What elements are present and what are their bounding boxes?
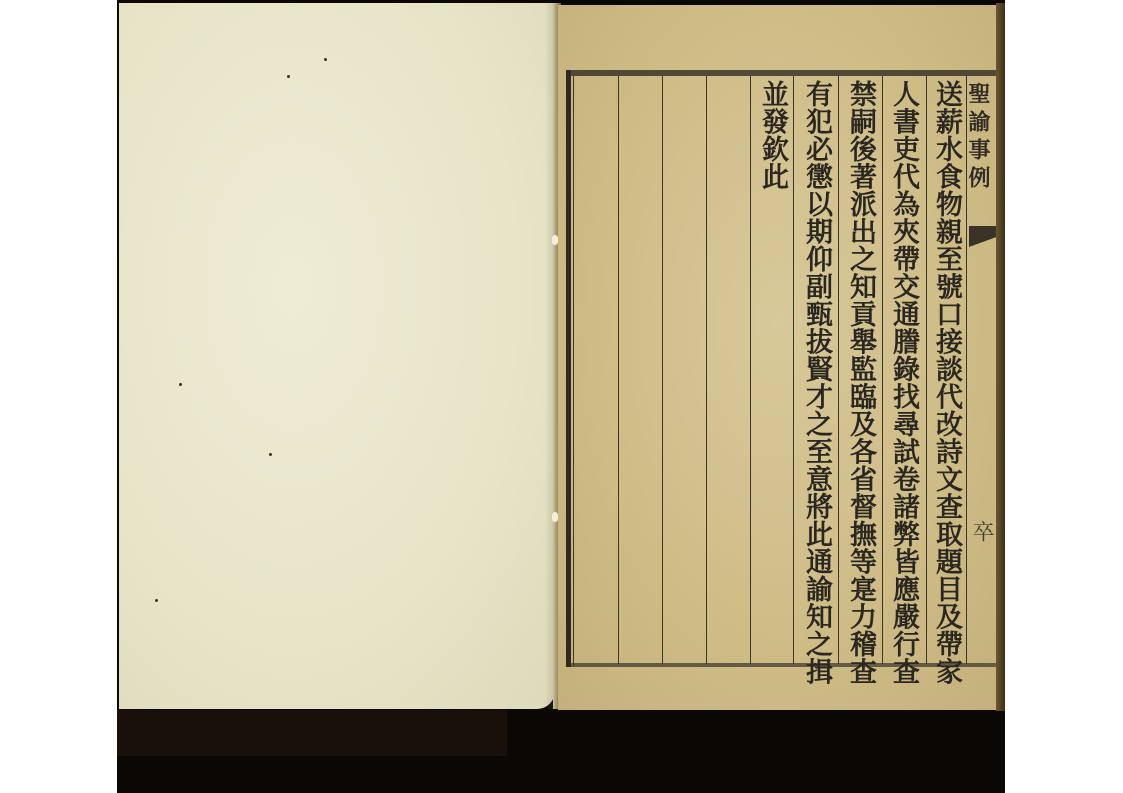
text-column-1: 送薪水食物親至號口接談代改詩文查取題目及帶家: [928, 80, 964, 685]
paper-speck: [269, 453, 272, 456]
column-rule: [838, 76, 839, 664]
frame-top-border: [566, 70, 996, 76]
frame-left-border: [566, 70, 571, 667]
column-rule: [926, 76, 927, 664]
column-rule: [882, 76, 883, 664]
backdrop-shadow: [117, 710, 507, 756]
text-column-3: 禁嗣後著派出之知貢舉監臨及各省督撫等寔力稽查: [842, 80, 878, 685]
paper-speck: [179, 383, 182, 386]
text-column-4: 有犯必懲以期仰副甄拔賢才之至意將此通諭知之揖: [798, 80, 834, 685]
paper-speck: [324, 58, 327, 61]
text-column-5: 並發欽此: [754, 80, 790, 190]
paper-speck: [155, 599, 158, 602]
book-fore-edge: [996, 3, 1005, 711]
text-column-2: 人書吏代為夾帶交通謄錄找尋試卷諸弊皆應嚴行查: [885, 80, 921, 685]
column-rule: [750, 76, 751, 664]
page-number: 卒: [966, 520, 996, 542]
column-rule: [706, 76, 707, 664]
margin-title: 聖諭事例: [963, 82, 993, 194]
fishtail-mark: [969, 226, 996, 254]
frame-left-inner-rule: [573, 76, 574, 666]
column-rule: [793, 76, 794, 664]
column-rule: [662, 76, 663, 664]
left-page-blank: [119, 3, 555, 709]
column-rule: [618, 76, 619, 664]
paper-speck: [287, 75, 290, 78]
